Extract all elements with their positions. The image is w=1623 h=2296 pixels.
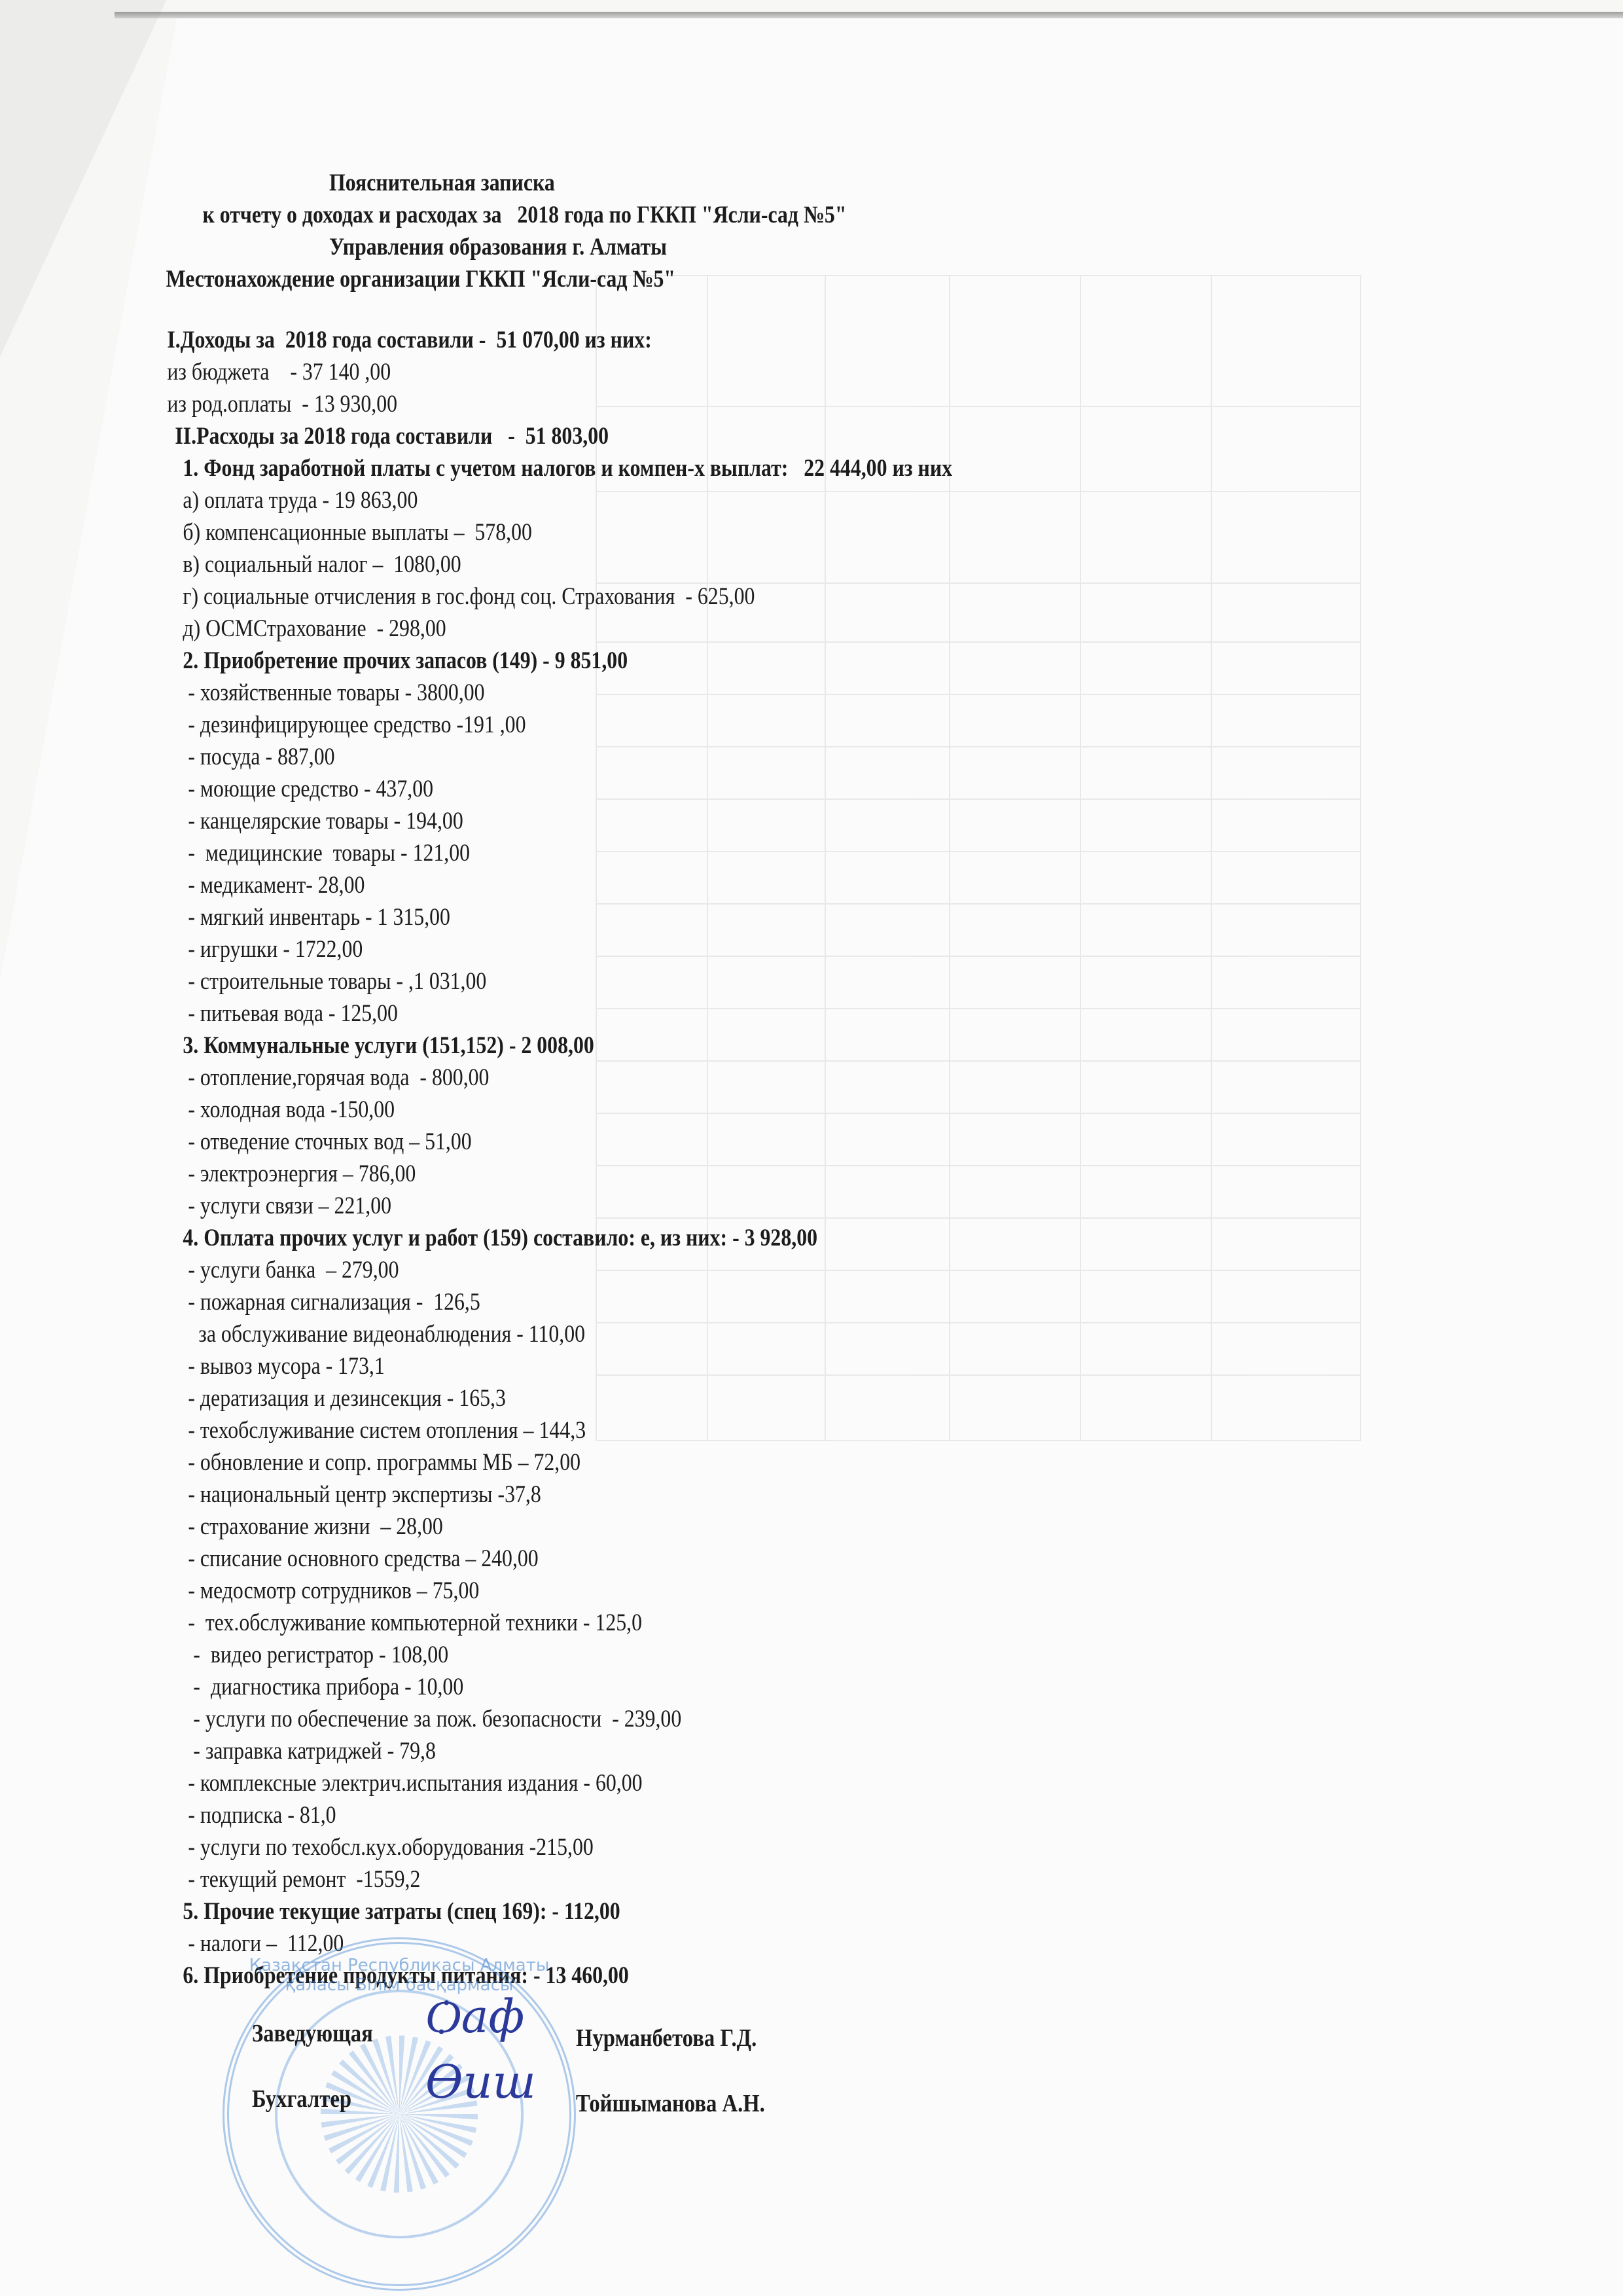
expense-item: - электроэнергия – 786,00 (160, 1158, 1173, 1190)
expense-item: - питьевая вода - 125,00 (160, 997, 1173, 1030)
expenses-heading: II.Расходы за 2018 года составили - 51 8… (160, 420, 1173, 452)
page-top-edge (115, 12, 1623, 18)
location-line: Местонахождение организации ГККП "Ясли-с… (160, 263, 1173, 295)
expense-item: - пожарная сигнализация - 126,5 (160, 1286, 1173, 1318)
expense-item: - дезинфицирующее средство -191 ,00 (160, 709, 1173, 741)
expense-item: - дератизация и дезинсекция - 165,3 (160, 1382, 1173, 1414)
expense-item: - заправка катриджей - 79,8 (160, 1735, 1173, 1767)
expense-item: - медикамент- 28,00 (160, 869, 1173, 901)
income-item: из бюджета - 37 140 ,00 (160, 356, 1173, 388)
expense-item: - отведение сточных вод – 51,00 (160, 1126, 1173, 1158)
expense-item: - комплексные электрич.испытания издания… (160, 1767, 1173, 1799)
expense-item: - услуги связи – 221,00 (160, 1190, 1173, 1222)
expense-item: - страхование жизни – 28,00 (160, 1511, 1173, 1543)
expense-item: - текущий ремонт -1559,2 (160, 1863, 1173, 1895)
expense-item: г) социальные отчисления в гос.фонд соц.… (160, 581, 1173, 613)
head-role: Заведующая (252, 2019, 373, 2048)
expense-item: - моющие средство - 437,00 (160, 773, 1173, 805)
expense-item: - услуги банка – 279,00 (160, 1254, 1173, 1286)
expense-item: - услуги по обеспечение за пож. безопасн… (160, 1703, 1173, 1735)
expense-section-heading: 1. Фонд заработной платы с учетом налого… (160, 452, 1173, 484)
expense-item: - вывоз мусора - 173,1 (160, 1350, 1173, 1382)
expense-item: в) социальный налог – 1080,00 (160, 548, 1173, 581)
expense-item: - медосмотр сотрудников – 75,00 (160, 1575, 1173, 1607)
expense-item: - хозяйственные товары - 3800,00 (160, 677, 1173, 709)
expense-item: - подписка - 81,0 (160, 1799, 1173, 1831)
expense-item: - техобслуживание систем отопления – 144… (160, 1414, 1173, 1446)
expense-section-heading: 3. Коммунальные услуги (151,152) - 2 008… (160, 1030, 1173, 1062)
explanatory-note: Пояснительная записка к отчету о доходах… (160, 167, 1338, 1992)
expense-item: - услуги по техобсл.кух.оборудования -21… (160, 1831, 1173, 1863)
accountant-signature-icon: Ѳиш (425, 2055, 536, 2109)
expense-item: - отопление,горячая вода - 800,00 (160, 1062, 1173, 1094)
department-line: Управления образования г. Алматы (160, 231, 1173, 263)
document-subtitle: к отчету о доходах и расходах за 2018 го… (160, 199, 1173, 231)
expense-item: а) оплата труда - 19 863,00 (160, 484, 1173, 516)
expense-item: - холодная вода -150,00 (160, 1094, 1173, 1126)
expense-item: - игрушки - 1722,00 (160, 933, 1173, 965)
expense-item: - обновление и сопр. программы МБ – 72,0… (160, 1446, 1173, 1479)
document-title: Пояснительная записка (160, 167, 1173, 199)
expense-item: - налоги – 112,00 (160, 1928, 1173, 1960)
expense-item: за обслуживание видеонаблюдения - 110,00 (160, 1318, 1173, 1350)
income-heading: I.Доходы за 2018 года составили - 51 070… (160, 324, 1173, 356)
expense-item: - национальный центр экспертизы -37,8 (160, 1479, 1173, 1511)
expense-item: - строительные товары - ,1 031,00 (160, 965, 1173, 997)
expense-item: - диагностика прибора - 10,00 (160, 1671, 1173, 1703)
head-name: Нурманбетова Г.Д. (576, 2024, 757, 2053)
expense-sections: 1. Фонд заработной платы с учетом налого… (160, 452, 1338, 1992)
expense-item: - тех.обслуживание компьютерной техники … (160, 1607, 1173, 1639)
expense-item: - посуда - 887,00 (160, 741, 1173, 773)
expense-section-heading: 5. Прочие текущие затраты (спец 169): - … (160, 1895, 1173, 1928)
expense-item: - канцелярские товары - 194,00 (160, 805, 1173, 837)
head-signature-icon: Ѻаф (425, 1990, 524, 2044)
expense-item: - видео регистратор - 108,00 (160, 1639, 1173, 1671)
expense-item: д) ОСМСтрахование - 298,00 (160, 613, 1173, 645)
expense-item: - медицинские товары - 121,00 (160, 837, 1173, 869)
expense-section-heading: 2. Приобретение прочих запасов (149) - 9… (160, 645, 1173, 677)
expense-item: - мягкий инвентарь - 1 315,00 (160, 901, 1173, 933)
seal-text: Қазақстан Республикасы Алматы қаласы Біл… (229, 1956, 569, 1995)
expense-item: - списание основного средства – 240,00 (160, 1543, 1173, 1575)
expense-item: б) компенсационные выплаты – 578,00 (160, 516, 1173, 548)
income-item: из род.оплаты - 13 930,00 (160, 388, 1173, 420)
accountant-role: Бухгалтер (252, 2085, 351, 2113)
accountant-name: Тойшыманова А.Н. (576, 2089, 765, 2118)
expense-section-heading: 4. Оплата прочих услуг и работ (159) сос… (160, 1222, 1173, 1254)
